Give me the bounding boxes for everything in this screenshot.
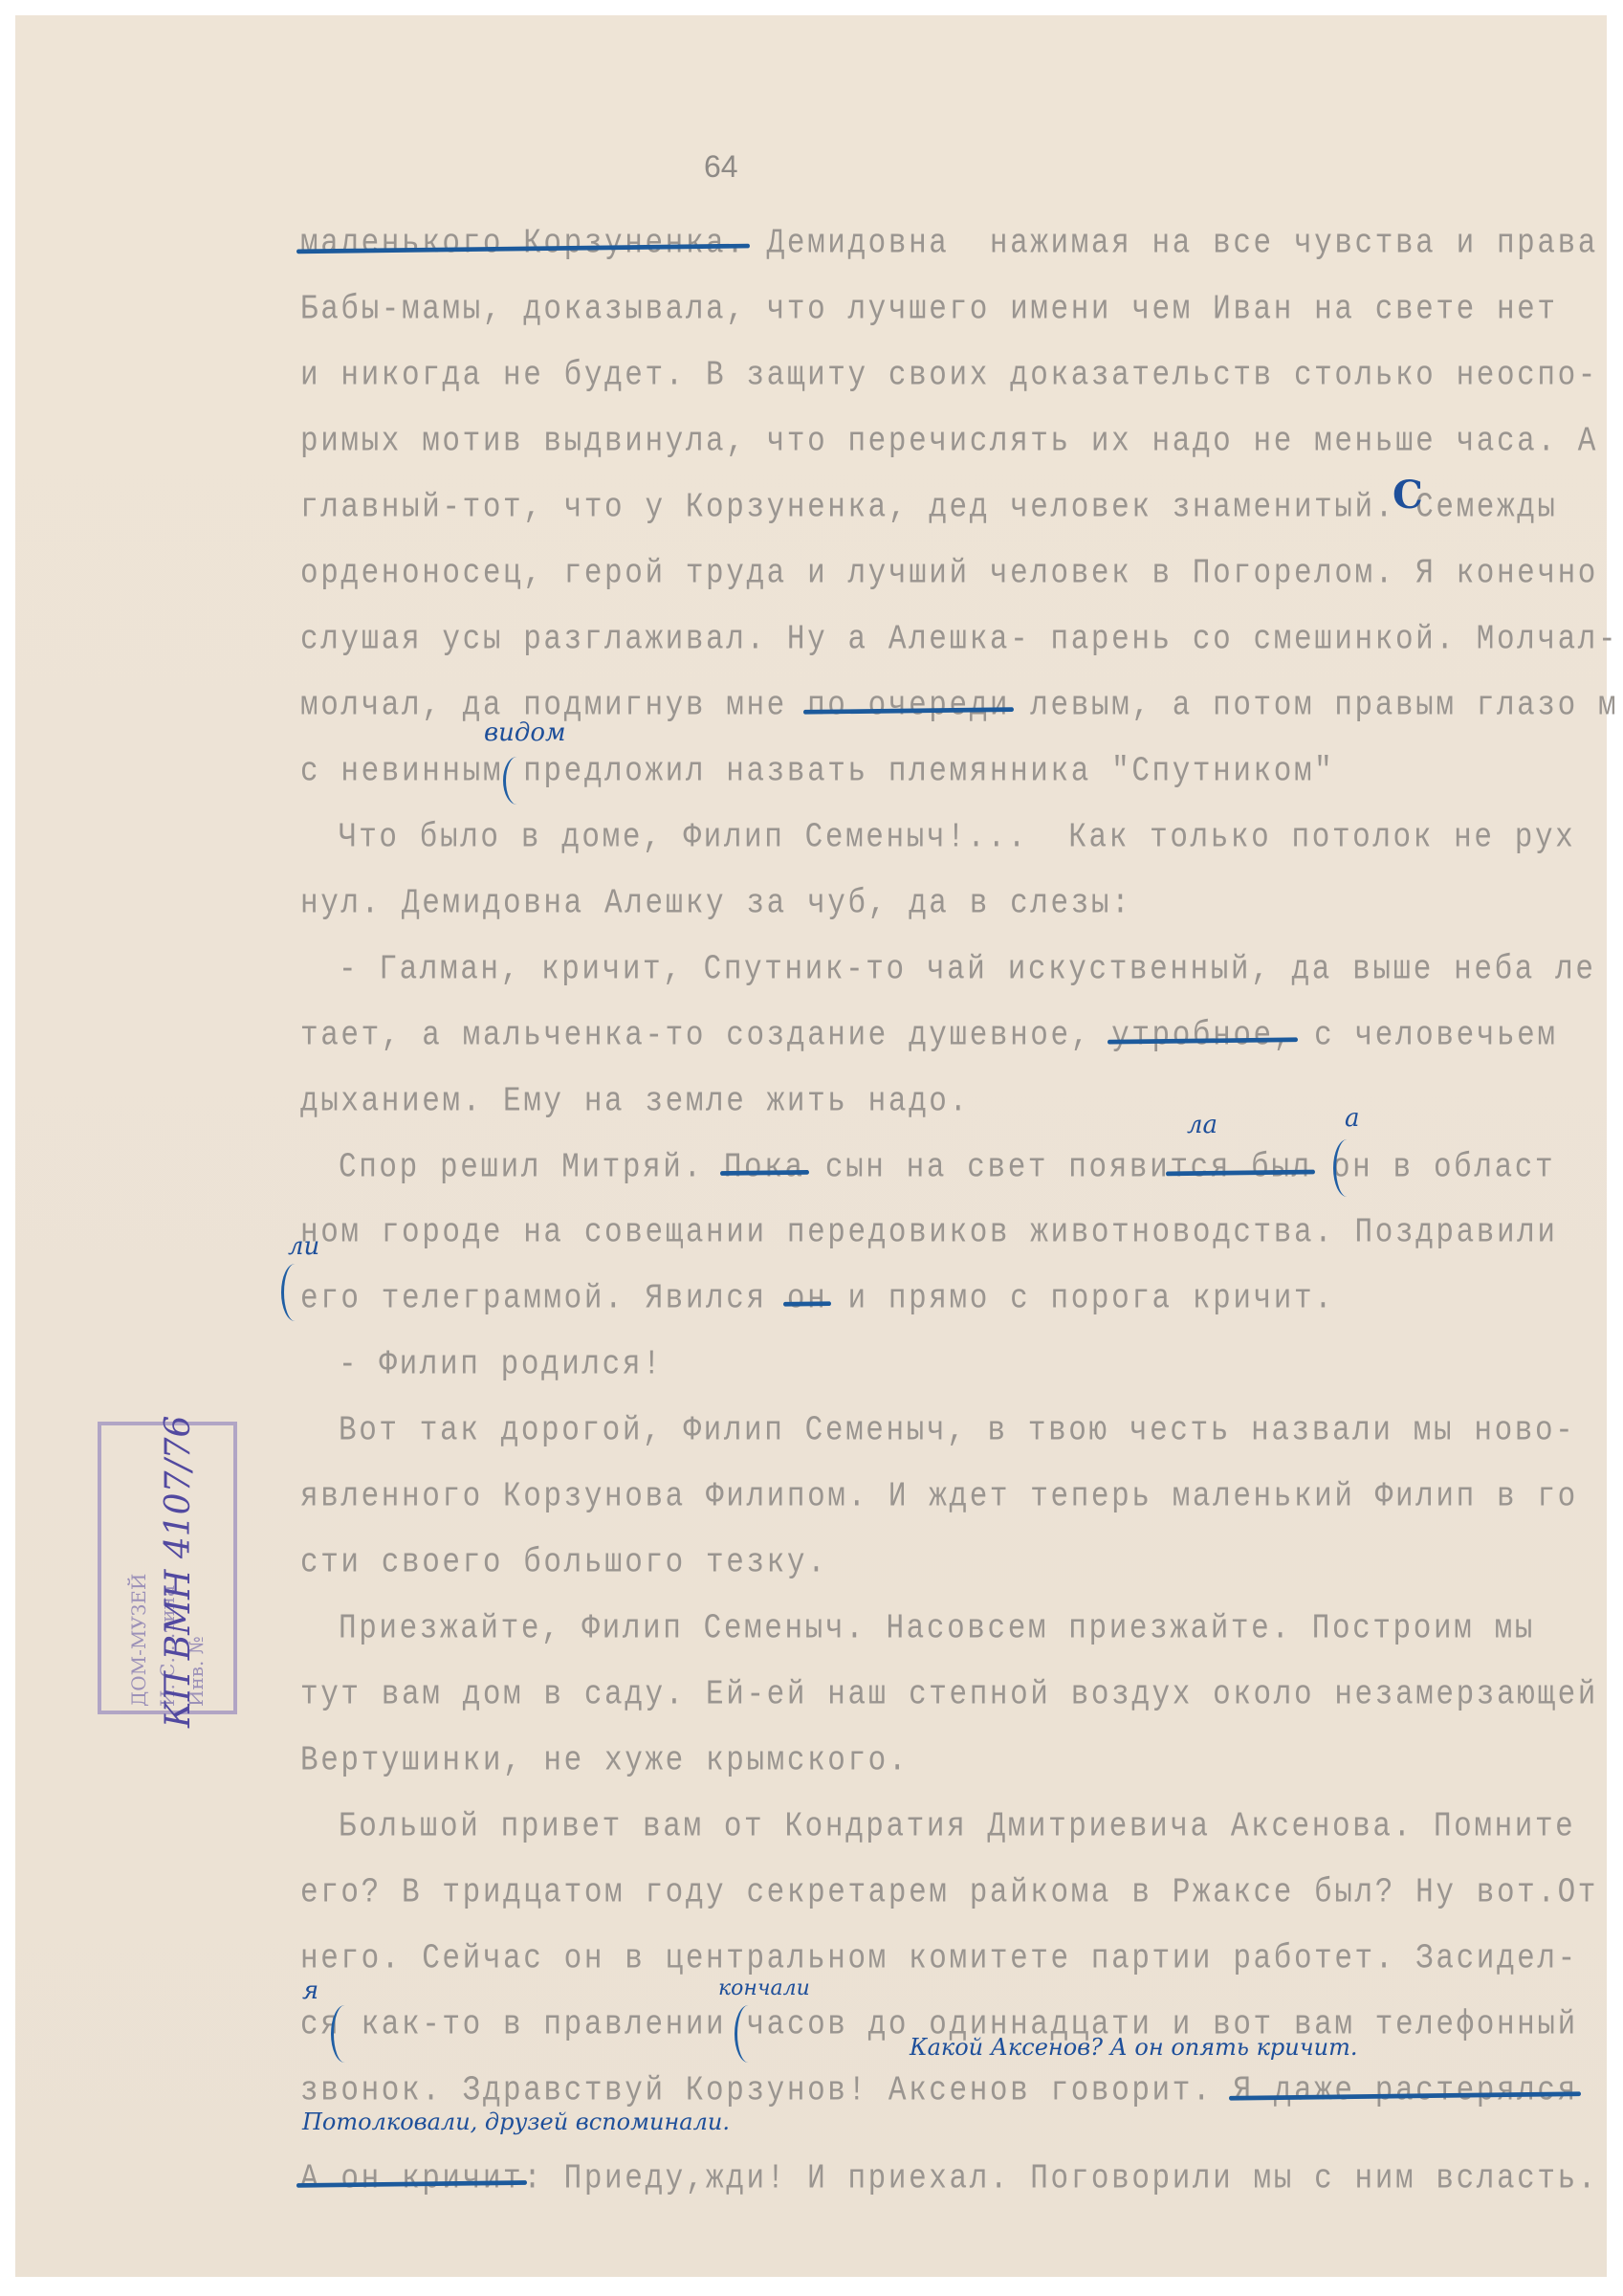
text-line: Бабы-мамы, доказывала, что лучшего имени… (300, 290, 1558, 329)
text-line: Приезжайте, Филип Семеныч. Насовсем прие… (339, 1609, 1535, 1648)
handwritten-insertion: кончали (718, 1976, 810, 2000)
text-line: главный-тот, что у Корзуненка, дед челов… (300, 488, 1558, 527)
handwritten-insertion: я (302, 1976, 318, 2005)
struck-text: Я даже растерялся (1233, 2071, 1577, 2110)
handwritten-insertion: а (1345, 1104, 1360, 1133)
text-line: тает, а мальченка-то создание душевное, … (300, 1016, 1558, 1055)
text-line: Вот так дорогой, Филип Семеныч, в твою ч… (339, 1411, 1575, 1450)
struck-text: тся был (1170, 1148, 1311, 1187)
insertion-caret (281, 1264, 309, 1321)
text-line: Вертушинки, не хуже крымского. (300, 1741, 909, 1780)
handwritten-insertion: Какой Аксенов? А он опять кричит. (910, 2034, 1358, 2061)
insertion-caret (331, 2005, 359, 2063)
struck-text: А он кричит (300, 2159, 523, 2198)
text-line: Спор решил Митряй. Пока сын на свет появ… (339, 1148, 1555, 1187)
text-line: тут вам дом в саду. Ей-ей наш степной во… (300, 1675, 1598, 1714)
text-line: Большой привет вам от Кондратия Дмитриев… (339, 1807, 1575, 1846)
struck-text: Пока (724, 1148, 805, 1187)
text-line: Что было в доме, Филип Семеныч!... Как т… (339, 818, 1575, 857)
struck-text: маленького Корзуненка. (300, 224, 746, 263)
text-line: его телеграммой. Явился он и прямо с пор… (300, 1279, 1334, 1318)
text-line: слушая усы разглаживал. Ну а Алешка- пар… (300, 620, 1618, 659)
text-line: его? В тридцатом году секретарем райкома… (300, 1873, 1598, 1912)
handwritten-insertion: ли (288, 1232, 319, 1261)
struck-text: он (787, 1279, 827, 1318)
text-line: сти своего большого тезку. (300, 1543, 827, 1582)
document-page: 64 маленького Корзуненка. Демидовна нажи… (15, 15, 1607, 2277)
text-line: явленного Корзунова Филипом. И ждет тепе… (300, 1477, 1578, 1516)
text-line: А он кричит: Приеду,жди! И приехал. Пого… (300, 2159, 1598, 2198)
handwritten-insertion: видом (484, 718, 566, 747)
text-line: маленького Корзуненка. Демидовна нажимая… (300, 224, 1598, 263)
insertion-caret (503, 757, 531, 805)
inventory-number: КП ВМН 4107/76 (159, 1416, 198, 1728)
insertion-caret (735, 2005, 762, 2063)
text-line: орденоносец, герой труда и лучший челове… (300, 554, 1598, 593)
text-line: с невинным предложил назвать племянника … (300, 752, 1334, 791)
text-line: римых мотив выдвинула, что перечислять и… (300, 422, 1598, 461)
handwritten-correction: С (1393, 473, 1423, 518)
handwritten-insertion: Потолковали, друзей вспоминали. (302, 2108, 730, 2135)
text-line: ном городе на совещании передовиков живо… (300, 1213, 1558, 1252)
text-line: - Галман, кричит, Спутник-то чай искуств… (339, 950, 1596, 989)
text-line: звонок. Здравствуй Корзунов! Аксенов гов… (300, 2071, 1578, 2110)
text-line: и никогда не будет. В защиту своих доказ… (300, 356, 1598, 395)
struck-text: утробное, (1111, 1016, 1294, 1055)
text-line: - Филип родился! (339, 1345, 663, 1384)
text-line: него. Сейчас он в центральном комитете п… (300, 1939, 1578, 1978)
page-number: 64 (704, 149, 738, 185)
handwritten-insertion: ла (1187, 1111, 1217, 1139)
insertion-caret (1333, 1139, 1361, 1197)
text-line: дыханием. Ему на земле жить надо. (300, 1082, 970, 1121)
text-line: нул. Демидовна Алешку за чуб, да в слезы… (300, 884, 1131, 923)
struck-text: по очереди (807, 686, 1010, 725)
